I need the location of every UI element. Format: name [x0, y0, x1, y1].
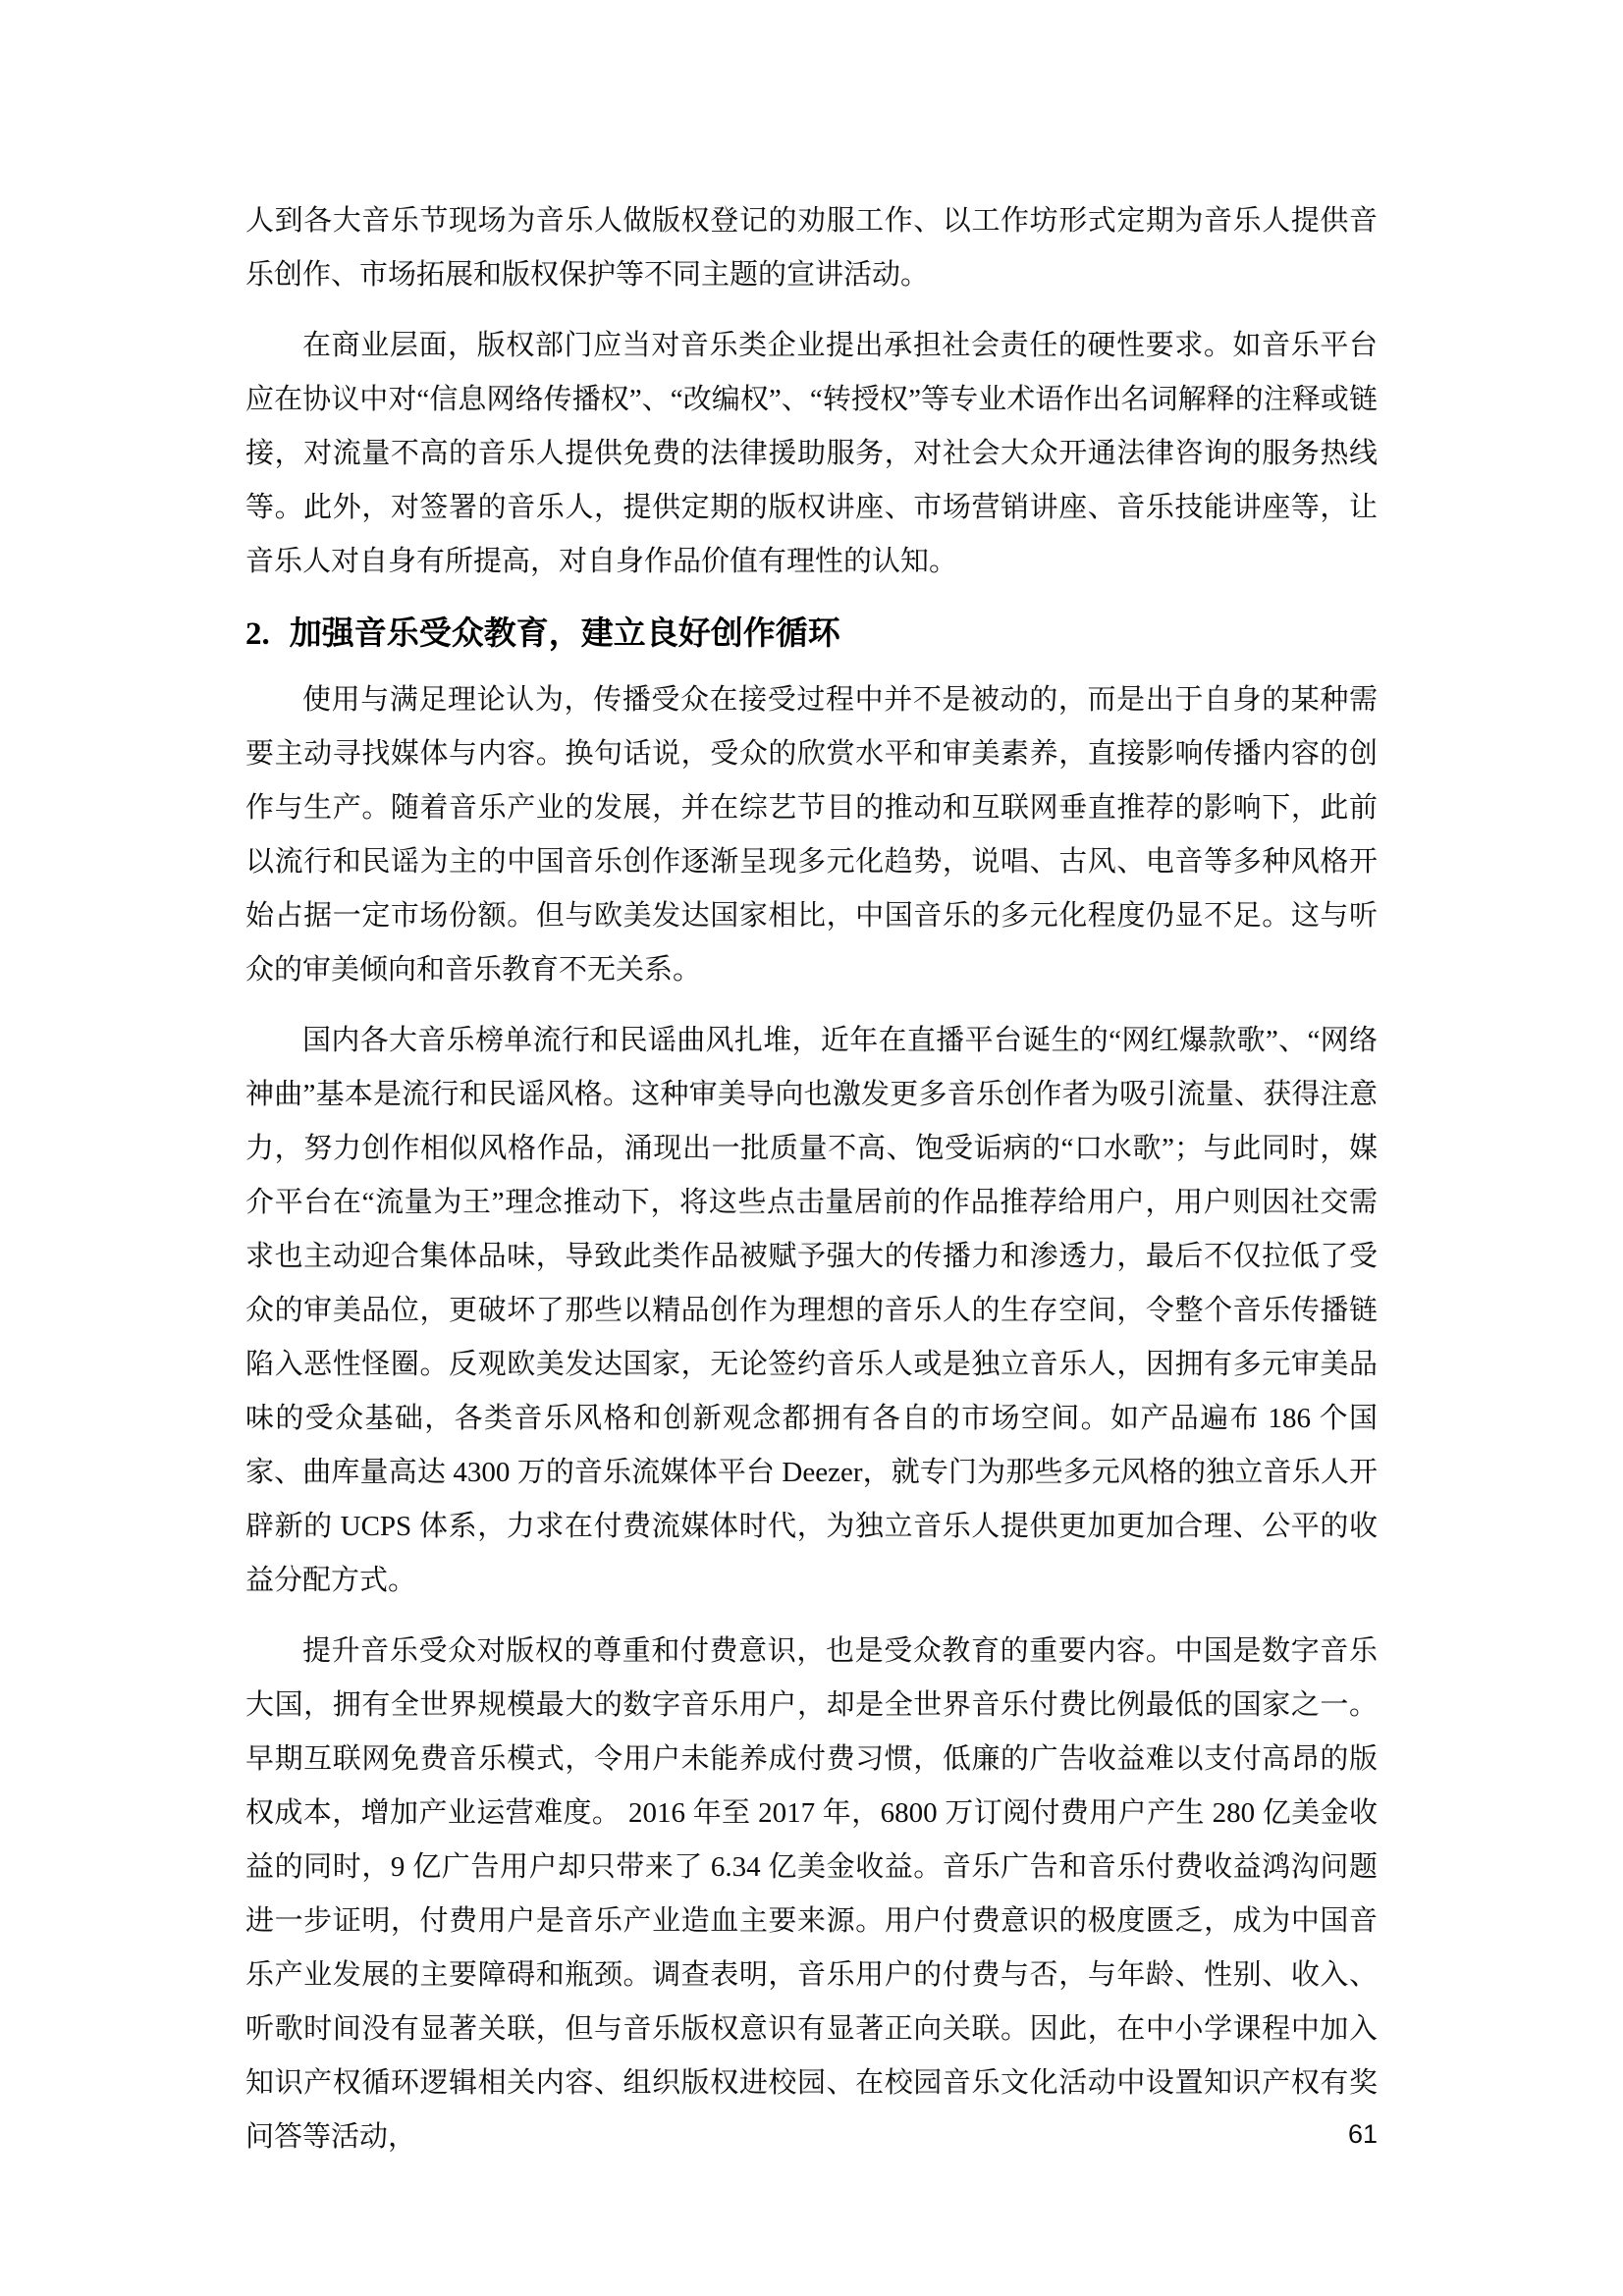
document-page: 人到各大音乐节现场为音乐人做版权登记的劝服工作、以工作坊形式定期为音乐人提供音乐… — [0, 0, 1623, 2296]
section-heading: 2.加强音乐受众教育，建立良好创作循环 — [245, 609, 1378, 659]
paragraph-music-charts: 国内各大音乐榜单流行和民谣曲风扎堆，近年在直播平台诞生的“网红爆款歌”、“网络神… — [245, 1014, 1378, 1608]
page-content: 人到各大音乐节现场为音乐人做版权登记的劝服工作、以工作坊形式定期为音乐人提供音乐… — [245, 194, 1378, 2181]
page-number: 61 — [245, 2118, 1378, 2150]
paragraph-continuation: 人到各大音乐节现场为音乐人做版权登记的劝服工作、以工作坊形式定期为音乐人提供音乐… — [245, 194, 1378, 302]
section-heading-title: 加强音乐受众教育，建立良好创作循环 — [290, 614, 840, 651]
paragraph-business-level: 在商业层面，版权部门应当对音乐类企业提出承担社会责任的硬性要求。如音乐平台应在协… — [245, 319, 1378, 589]
paragraph-uses-gratification: 使用与满足理论认为，传播受众在接受过程中并不是被动的，而是出于自身的某种需要主动… — [245, 673, 1378, 997]
paragraph-paid-awareness: 提升音乐受众对版权的尊重和付费意识，也是受众教育的重要内容。中国是数字音乐大国，… — [245, 1625, 1378, 2164]
section-heading-number: 2. — [245, 610, 270, 659]
